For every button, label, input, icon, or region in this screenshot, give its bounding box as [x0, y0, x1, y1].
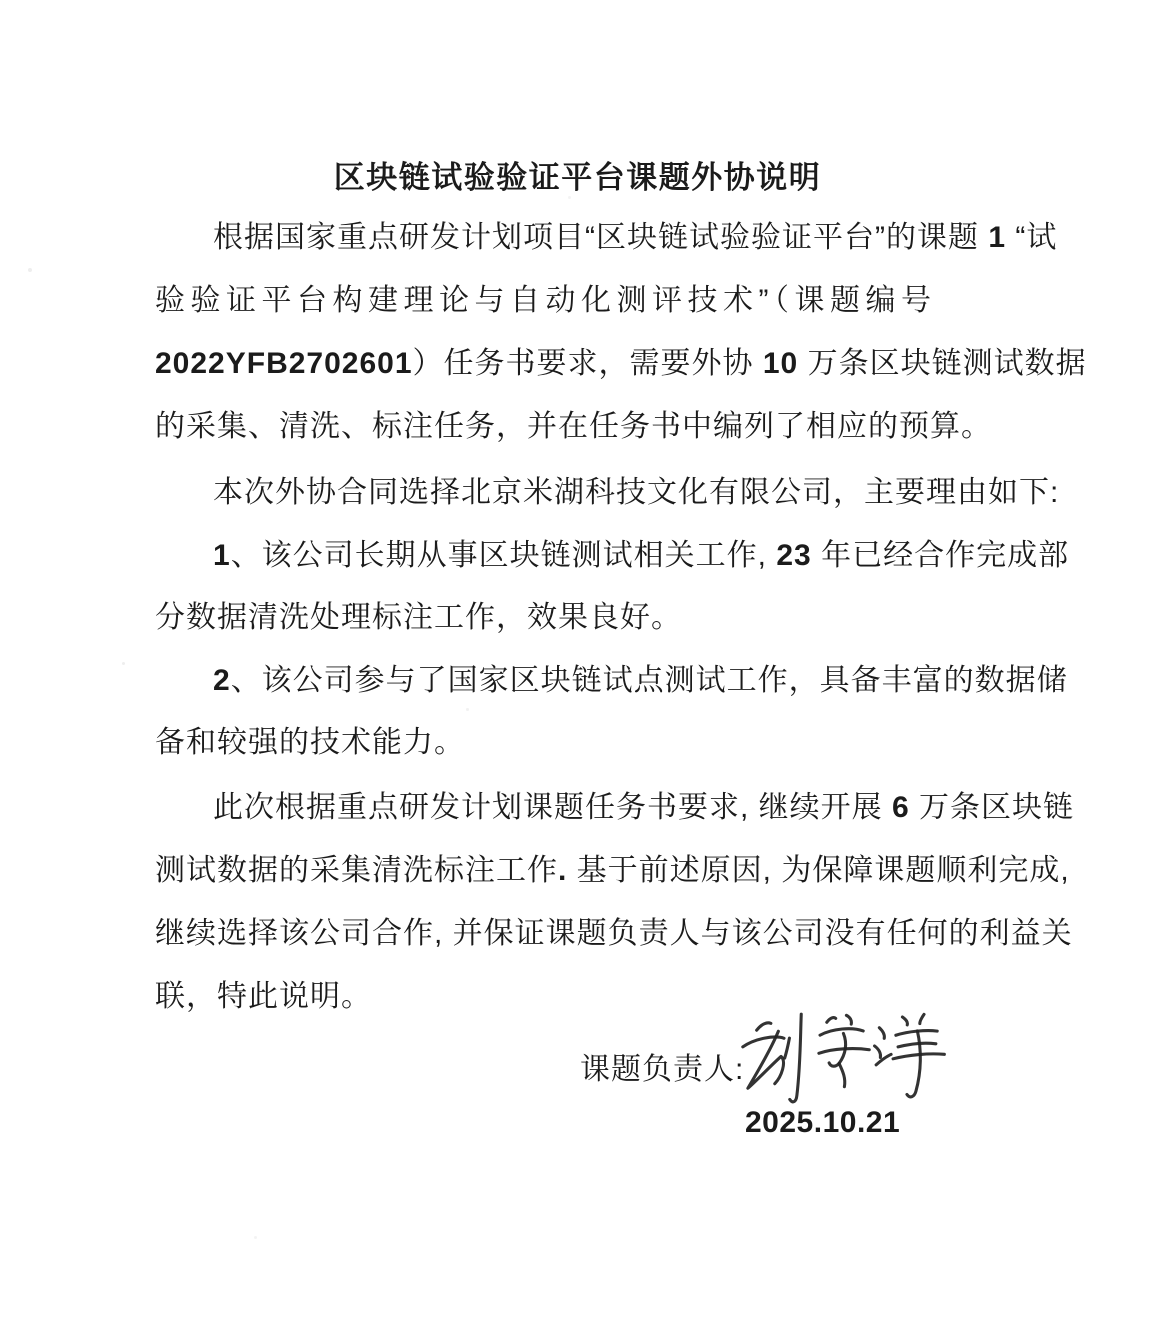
- body-line: 继续选择该公司合作, 并保证课题负责人与该公司没有任何的利益关: [155, 917, 1045, 951]
- body-line: 根据国家重点研发计划项目“区块链试验验证平台”的课题 1 “试: [155, 221, 1103, 255]
- scan-speck: [254, 1236, 257, 1239]
- scan-speck: [568, 196, 571, 199]
- body-line: 此次根据重点研发计划课题任务书要求, 继续开展 6 万条区块链: [155, 791, 1103, 825]
- signature-label: 课题负责人:: [580, 1044, 744, 1088]
- document-title: 区块链试验验证平台课题外协说明: [155, 152, 1000, 197]
- body-line: 的采集、清洗、标注任务，并在任务书中编列了相应的预算。: [155, 410, 1045, 444]
- scan-speck: [28, 268, 32, 272]
- scan-speck: [122, 662, 125, 665]
- body-line: 备和较强的技术能力。: [155, 726, 1045, 760]
- signature-handwriting: [734, 996, 950, 1117]
- body-line: 验验证平台构建理论与自动化测评技术”（课题编号: [155, 284, 1045, 318]
- body-line: 2、该公司参与了国家区块链试点测试工作，具备丰富的数据储: [155, 664, 1103, 698]
- body-line: 本次外协合同选择北京米湖科技文化有限公司，主要理由如下:: [155, 476, 1103, 510]
- scanned-document-page: 区块链试验验证平台课题外协说明 根据国家重点研发计划项目“区块链试验验证平台”的…: [0, 0, 1172, 1324]
- body-line: 分数据清洗处理标注工作，效果良好。: [155, 601, 1045, 635]
- scan-speck: [906, 940, 909, 943]
- body-line: 1、该公司长期从事区块链测试相关工作, 23 年已经合作完成部: [155, 539, 1103, 573]
- signature-date: 2025.10.21: [745, 1106, 900, 1140]
- body-line: 测试数据的采集清洗标注工作. 基于前述原因, 为保障课题顺利完成,: [155, 854, 1045, 888]
- scan-speck: [466, 708, 469, 711]
- body-line: 2022YFB2702601）任务书要求，需要外协 10 万条区块链测试数据: [155, 347, 1045, 381]
